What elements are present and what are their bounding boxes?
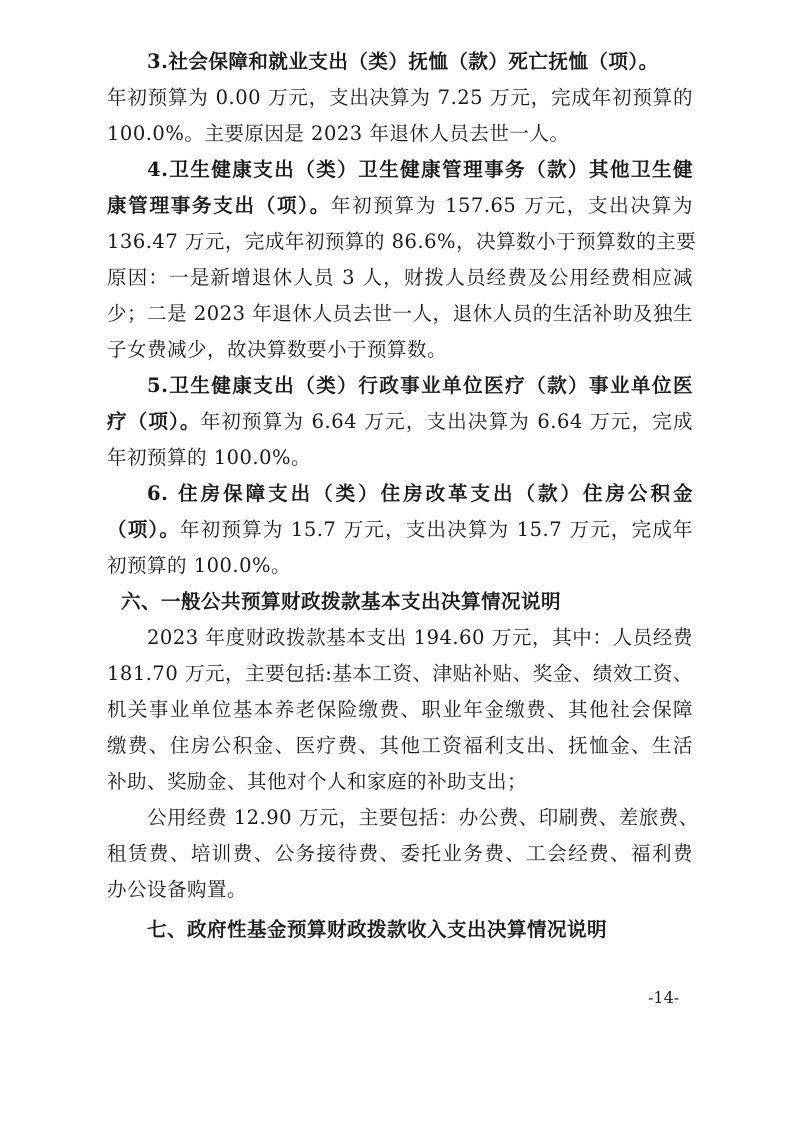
- item-5-title-cont: 疗（项）。: [107, 410, 201, 433]
- item-5-paragraph: 5.卫生健康支出（类）行政事业单位医疗（款）事业单位医 疗（项）。年初预算为 6…: [107, 368, 693, 476]
- paragraph-line: 缴费、住房公积金、医疗费、其他工资福利支出、抚恤金、生活: [107, 728, 693, 764]
- item-4-title-cont: 康管理事务支出（项）。: [107, 194, 331, 217]
- item-6-title-cont: （项）。: [107, 518, 180, 541]
- section-6-paragraph-2: 公用经费 12.90 万元，主要包括：办公费、印刷费、差旅费、 租赁费、培训费、…: [107, 800, 693, 908]
- paragraph-line: 机关事业单位基本养老保险缴费、职业年金缴费、其他社会保障: [107, 692, 693, 728]
- item-3-paragraph: 3.社会保障和就业支出（类）抚恤（款）死亡抚恤（项）。 年初预算为 0.00 万…: [107, 44, 693, 152]
- paragraph-line: 4.卫生健康支出（类）卫生健康管理事务（款）其他卫生健: [107, 152, 693, 188]
- item-6-paragraph: 6. 住房保障支出（类）住房改革支出（款）住房公积金 （项）。年初预算为 15.…: [107, 476, 693, 584]
- section-6-heading: 六、一般公共预算财政拨款基本支出决算情况说明: [107, 584, 693, 620]
- section-7-heading: 七、政府性基金预算财政拨款收入支出决算情况说明: [107, 912, 693, 948]
- item-3-title: 3.社会保障和就业支出（类）抚恤（款）死亡抚恤（项）。: [147, 50, 659, 73]
- paragraph-line: 少；二是 2023 年退休人员去世一人，退休人员的生活补助及独生: [107, 296, 693, 332]
- paragraph-line: 初预算的 100.0%。: [107, 548, 693, 584]
- paragraph-line: 办公设备购置。: [107, 872, 693, 908]
- paragraph-line: 租赁费、培训费、公务接待费、委托业务费、工会经费、福利费: [107, 836, 693, 872]
- paragraph-line: 181.70 万元，主要包括:基本工资、津贴补贴、奖金、绩效工资、: [107, 656, 693, 692]
- paragraph-text: 年初预算为 157.65 万元，支出决算为: [331, 194, 693, 217]
- paragraph-line: 子女费减少，故决算数要小于预算数。: [107, 332, 693, 368]
- page-number: -14-: [648, 988, 679, 1007]
- item-4-title: 4.卫生健康支出（类）卫生健康管理事务（款）其他卫生健: [147, 158, 693, 181]
- paragraph-line: （项）。年初预算为 15.7 万元，支出决算为 15.7 万元，完成年: [107, 512, 693, 548]
- item-6-title: 6. 住房保障支出（类）住房改革支出（款）住房公积金: [147, 482, 693, 505]
- item-5-title: 5.卫生健康支出（类）行政事业单位医疗（款）事业单位医: [147, 374, 693, 397]
- paragraph-line: 原因：一是新增退休人员 3 人，财拨人员经费及公用经费相应减: [107, 260, 693, 296]
- paragraph-line: 疗（项）。年初预算为 6.64 万元，支出决算为 6.64 万元，完成: [107, 404, 693, 440]
- paragraph-line: 年初预算为 0.00 万元，支出决算为 7.25 万元，完成年初预算的: [107, 80, 693, 116]
- paragraph-line: 2023 年度财政拨款基本支出 194.60 万元，其中：人员经费: [107, 620, 693, 656]
- paragraph-line: 6. 住房保障支出（类）住房改革支出（款）住房公积金: [107, 476, 693, 512]
- paragraph-line: 136.47 万元，完成年初预算的 86.6%，决算数小于预算数的主要: [107, 224, 693, 260]
- paragraph-line: 年初预算的 100.0%。: [107, 440, 693, 476]
- paragraph-line: 3.社会保障和就业支出（类）抚恤（款）死亡抚恤（项）。: [107, 44, 693, 80]
- paragraph-line: 补助、奖励金、其他对个人和家庭的补助支出；: [107, 764, 693, 800]
- section-6-paragraph-1: 2023 年度财政拨款基本支出 194.60 万元，其中：人员经费 181.70…: [107, 620, 693, 800]
- paragraph-text: 年初预算为 15.7 万元，支出决算为 15.7 万元，完成年: [180, 518, 693, 541]
- paragraph-text: 年初预算为 6.64 万元，支出决算为 6.64 万元，完成: [201, 410, 693, 433]
- document-page: 3.社会保障和就业支出（类）抚恤（款）死亡抚恤（项）。 年初预算为 0.00 万…: [107, 44, 693, 948]
- paragraph-line: 康管理事务支出（项）。年初预算为 157.65 万元，支出决算为: [107, 188, 693, 224]
- paragraph-line: 公用经费 12.90 万元，主要包括：办公费、印刷费、差旅费、: [107, 800, 693, 836]
- paragraph-line: 100.0%。主要原因是 2023 年退休人员去世一人。: [107, 116, 693, 152]
- item-4-paragraph: 4.卫生健康支出（类）卫生健康管理事务（款）其他卫生健 康管理事务支出（项）。年…: [107, 152, 693, 368]
- paragraph-line: 5.卫生健康支出（类）行政事业单位医疗（款）事业单位医: [107, 368, 693, 404]
